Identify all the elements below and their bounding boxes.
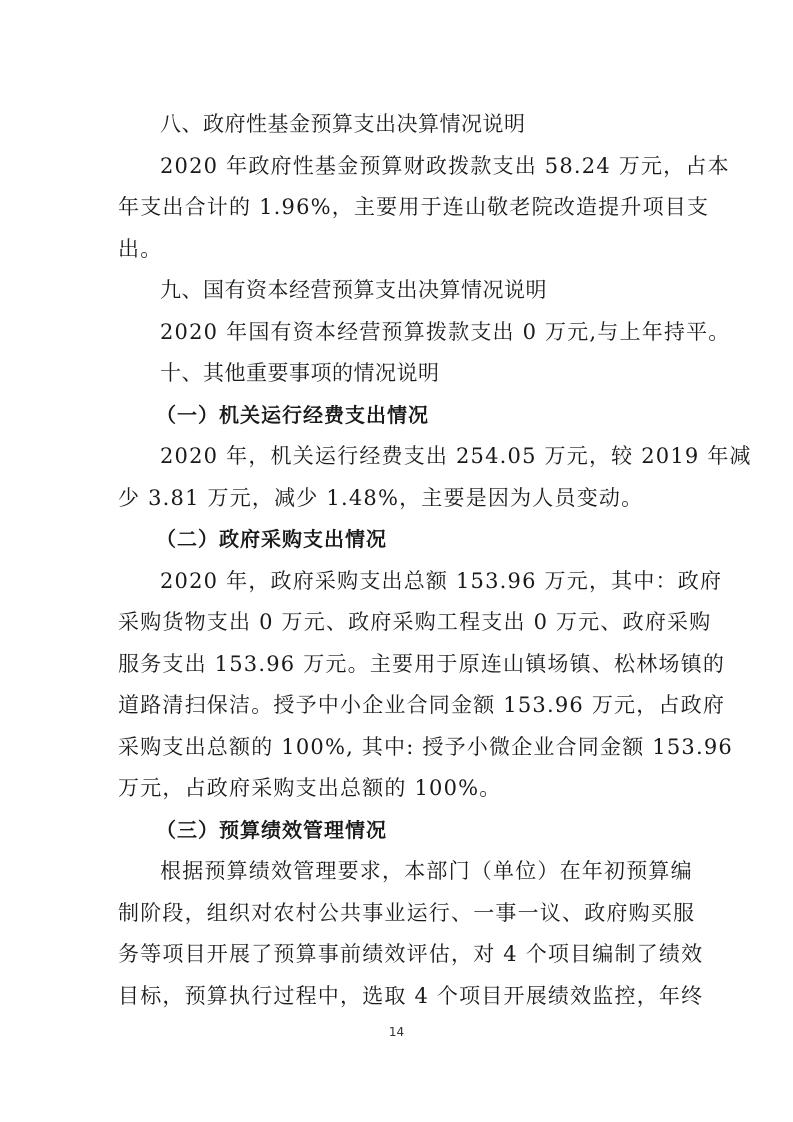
paragraph-line: 根据预算绩效管理要求，本部门（单位）在年初预算编 xyxy=(118,851,674,893)
section-heading-8: 八、政府性基金预算支出决算情况说明 xyxy=(118,104,674,146)
paragraph-line: 目标，预算执行过程中，选取 4 个项目开展绩效监控，年终 xyxy=(118,976,674,1018)
section-heading-9: 九、国有资本经营预算支出决算情况说明 xyxy=(118,270,674,312)
paragraph-line: 服务支出 153.96 万元。主要用于原连山镇场镇、松林场镇的 xyxy=(118,644,674,686)
paragraph-line: 少 3.81 万元，减少 1.48%，主要是因为人员变动。 xyxy=(118,478,674,520)
subsection-heading-2: （二）政府采购支出情况 xyxy=(118,519,674,561)
paragraph-line: 年支出合计的 1.96%，主要用于连山敬老院改造提升项目支 xyxy=(118,187,674,229)
subsection-heading-3: （三）预算绩效管理情况 xyxy=(118,810,674,852)
paragraph-line: 制阶段，组织对农村公共事业运行、一事一议、政府购买服 xyxy=(118,893,674,935)
paragraph-line: 2020 年，机关运行经费支出 254.05 万元，较 2019 年减 xyxy=(118,436,674,478)
paragraph-line: 采购支出总额的 100%, 其中: 授予小微企业合同金额 153.96 xyxy=(118,727,674,769)
document-page: 八、政府性基金预算支出决算情况说明 2020 年政府性基金预算财政拨款支出 58… xyxy=(118,104,674,1017)
paragraph-line: 2020 年政府性基金预算财政拨款支出 58.24 万元，占本 xyxy=(118,146,674,188)
subsection-heading-1: （一）机关运行经费支出情况 xyxy=(118,395,674,437)
paragraph-line: 2020 年国有资本经营预算拨款支出 0 万元,与上年持平。 xyxy=(118,312,674,354)
paragraph-line: 万元，占政府采购支出总额的 100%。 xyxy=(118,768,674,810)
section-heading-10: 十、其他重要事项的情况说明 xyxy=(118,353,674,395)
paragraph-line: 道路清扫保洁。授予中小企业合同金额 153.96 万元，占政府 xyxy=(118,685,674,727)
paragraph-line: 出。 xyxy=(118,229,674,271)
paragraph-line: 采购货物支出 0 万元、政府采购工程支出 0 万元、政府采购 xyxy=(118,602,674,644)
paragraph-line: 2020 年，政府采购支出总额 153.96 万元，其中：政府 xyxy=(118,561,674,603)
page-number: 14 xyxy=(0,1025,793,1039)
paragraph-line: 务等项目开展了预算事前绩效评估，对 4 个项目编制了绩效 xyxy=(118,934,674,976)
